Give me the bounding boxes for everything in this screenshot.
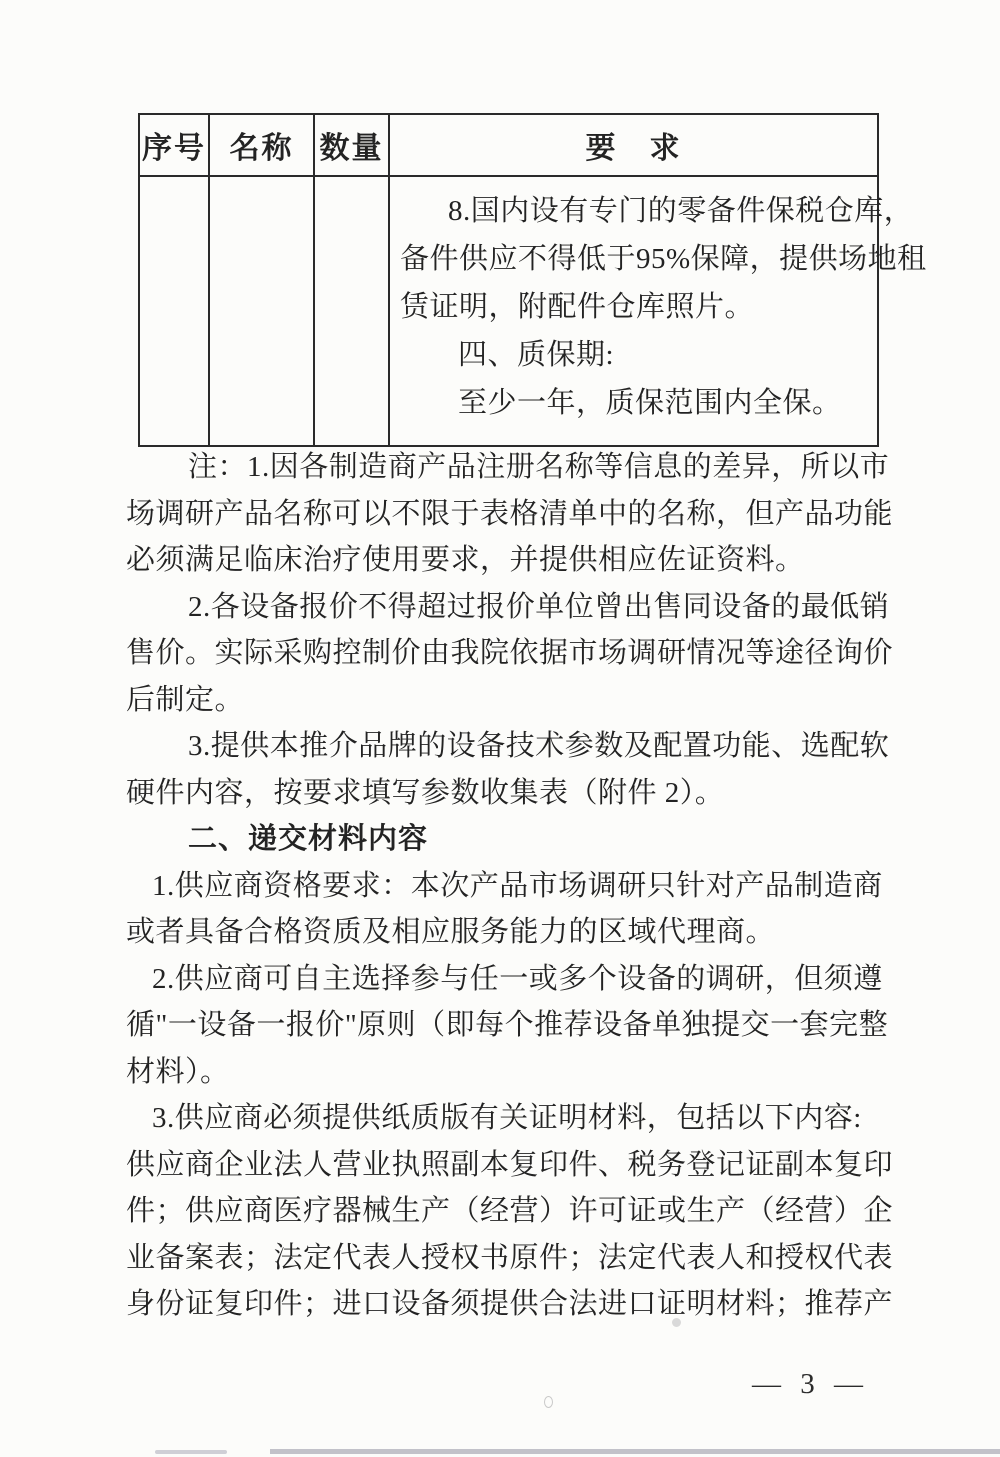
note-line: 场调研产品名称可以不限于表格清单中的名称，但产品功能 [126,491,871,538]
spec-table: 序号 名称 数量 要 求 8.国内设有专门的零备件保税仓库， 备件供应不得低于9… [138,113,879,447]
page-number: — 3 — [752,1368,869,1401]
note-item3-line: 硬件内容，按要求填写参数收集表（附件 2）。 [126,770,871,817]
supplier-item1-line: 或者具备合格资质及相应服务能力的区域代理商。 [126,909,871,956]
col-header-serial: 序号 [139,114,209,176]
supplier-item2-line: 2.供应商可自主选择参与任一或多个设备的调研，但须遵 [126,956,871,1003]
cell-quantity [314,176,389,446]
note-item2-line: 售价。实际采购控制价由我院依据市场调研情况等途径询价 [126,630,871,677]
scan-edge-artifact [155,1450,227,1454]
scan-speck [672,1318,681,1327]
requirement-line: 至少一年，质保范围内全保。 [400,379,871,427]
note-item2-line: 后制定。 [126,677,871,724]
supplier-item2-line: 材料）。 [126,1049,871,1096]
scan-edge-artifact [270,1449,1000,1454]
section-heading: 二、递交材料内容 [126,816,871,863]
body-text: 注：1.因各制造商产品注册名称等信息的差异，所以市 场调研产品名称可以不限于表格… [126,444,871,1328]
note-item3-line: 3.提供本推介品牌的设备技术参数及配置功能、选配软 [126,723,871,770]
requirement-line: 备件供应不得低于95%保障，提供场地租 [400,235,871,283]
supplier-item3-line: 身份证复印件；进口设备须提供合法进口证明材料；推荐产 [126,1281,871,1328]
cell-serial [139,176,209,446]
note-item2-line: 2.各设备报价不得超过报价单位曾出售同设备的最低销 [126,584,871,631]
requirement-line: 四、质保期: [400,331,871,379]
requirement-line: 8.国内设有专门的零备件保税仓库， [400,187,871,235]
supplier-item3-line: 业备案表；法定代表人授权书原件；法定代表人和授权代表 [126,1235,871,1282]
document-page: 序号 名称 数量 要 求 8.国内设有专门的零备件保税仓库， 备件供应不得低于9… [0,0,1000,1457]
col-header-name: 名称 [209,114,314,176]
col-header-requirement: 要 求 [389,114,878,176]
table-header-row: 序号 名称 数量 要 求 [139,114,878,176]
col-header-quantity: 数量 [314,114,389,176]
note-line: 必须满足临床治疗使用要求，并提供相应佐证资料。 [126,537,871,584]
supplier-item2-line: 循"一设备一报价"原则（即每个推荐设备单独提交一套完整 [126,1002,871,1049]
supplier-item3-line: 件；供应商医疗器械生产（经营）许可证或生产（经营）企 [126,1188,871,1235]
table-row: 8.国内设有专门的零备件保税仓库， 备件供应不得低于95%保障，提供场地租 赁证… [139,176,878,446]
supplier-item3-line: 供应商企业法人营业执照副本复印件、税务登记证副本复印 [126,1142,871,1189]
cell-name [209,176,314,446]
scan-speck [544,1396,553,1408]
requirement-line: 赁证明，附配件仓库照片。 [400,283,871,331]
cell-requirement: 8.国内设有专门的零备件保税仓库， 备件供应不得低于95%保障，提供场地租 赁证… [389,176,878,446]
note-line: 注：1.因各制造商产品注册名称等信息的差异，所以市 [126,444,871,491]
supplier-item3-line: 3.供应商必须提供纸质版有关证明材料，包括以下内容: [126,1095,871,1142]
supplier-item1-line: 1.供应商资格要求：本次产品市场调研只针对产品制造商 [126,863,871,910]
